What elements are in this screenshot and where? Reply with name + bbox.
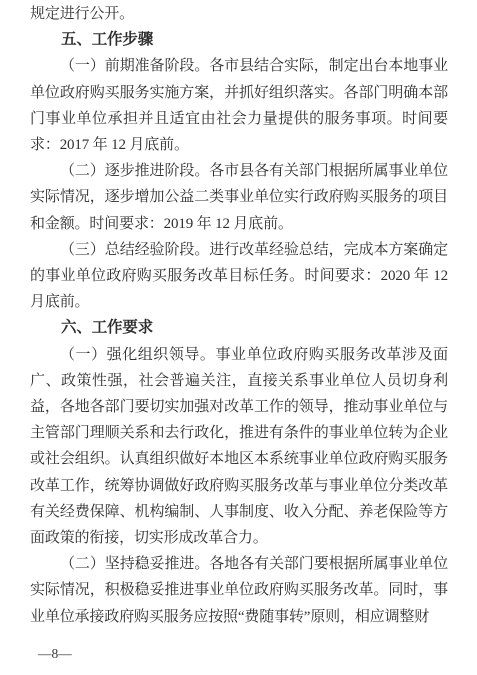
paragraph-stage-2-advance: （二）逐步推进阶段。各市县各有关部门根据所属事业单位实际情况，逐步增加公益二类事… xyxy=(30,158,448,237)
paragraph-stage-1-preparation: （一）前期准备阶段。各市县结合实际，制定出台本地事业单位政府购买服务实施方案，并… xyxy=(30,53,448,158)
page-number: —8— xyxy=(38,646,72,662)
heading-section-5-work-steps: 五、工作步骤 xyxy=(30,27,448,53)
document-body: 规定进行公开。 五、工作步骤 （一）前期准备阶段。各市县结合实际，制定出台本地事… xyxy=(30,1,448,630)
paragraph-requirement-2-steady-advance: （二）坚持稳妥推进。各地各有关部门要根据所属事业单位实际情况，积极稳妥推进事业单… xyxy=(30,551,448,630)
heading-section-6-work-requirements: 六、工作要求 xyxy=(30,315,448,341)
paragraph-requirement-1-leadership: （一）强化组织领导。事业单位政府购买服务改革涉及面广、政策性强，社会普遍关注，直… xyxy=(30,342,448,552)
paragraph-stage-3-summary: （三）总结经验阶段。进行改革经验总结，完成本方案确定的事业单位政府购买服务改革目… xyxy=(30,237,448,316)
paragraph-continuation: 规定进行公开。 xyxy=(30,1,448,27)
document-page: 规定进行公开。 五、工作步骤 （一）前期准备阶段。各市县结合实际，制定出台本地事… xyxy=(0,0,477,675)
